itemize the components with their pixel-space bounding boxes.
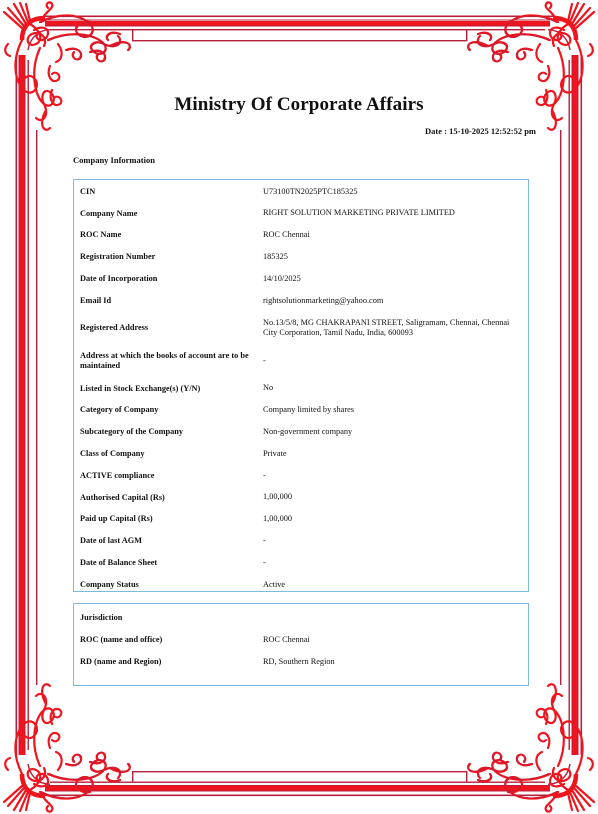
field-label: Authorised Capital (Rs) bbox=[74, 487, 257, 509]
corner-ornament-bottom-left bbox=[4, 684, 131, 811]
table-row: Date of Balance Sheet- bbox=[74, 552, 528, 574]
field-label: ROC Name bbox=[74, 225, 257, 247]
field-label: Email Id bbox=[74, 290, 257, 312]
table-row: Listed in Stock Exchange(s) (Y/N)No bbox=[74, 378, 528, 400]
table-row: Class of CompanyPrivate bbox=[74, 443, 528, 465]
table-row: Email Idrightsolutionmarketing@yahoo.com bbox=[74, 290, 528, 312]
field-label: Listed in Stock Exchange(s) (Y/N) bbox=[74, 378, 257, 400]
table-row: Authorised Capital (Rs)1,00,000 bbox=[74, 487, 528, 509]
field-value: Active bbox=[257, 574, 528, 596]
field-label: RD (name and Region) bbox=[74, 651, 257, 673]
field-label: Company Name bbox=[74, 203, 257, 225]
field-value: Company limited by shares bbox=[257, 400, 528, 422]
field-value: - bbox=[257, 345, 528, 378]
field-value: Non-government company bbox=[257, 421, 528, 443]
company-information-table: CINU73100TN2025PTC185325 Company NameRIG… bbox=[74, 181, 528, 596]
field-label: Paid up Capital (Rs) bbox=[74, 509, 257, 531]
field-label: Address at which the books of account ar… bbox=[74, 345, 257, 378]
table-row: Registration Number185325 bbox=[74, 246, 528, 268]
jurisdiction-heading: Jurisdiction bbox=[74, 607, 528, 629]
table-row: Company StatusActive bbox=[74, 574, 528, 596]
field-label: Subcategory of the Company bbox=[74, 421, 257, 443]
field-value: rightsolutionmarketing@yahoo.com bbox=[257, 290, 528, 312]
table-row: Date of last AGM- bbox=[74, 530, 528, 552]
table-row: Registered AddressNo.13/5/8, MG CHAKRAPA… bbox=[74, 312, 528, 345]
field-label: Date of Incorporation bbox=[74, 268, 257, 290]
field-label: Company Status bbox=[74, 574, 257, 596]
table-row: Paid up Capital (Rs)1,00,000 bbox=[74, 509, 528, 531]
jurisdiction-panel: Jurisdiction ROC (name and office)ROC Ch… bbox=[73, 603, 529, 686]
table-row: Company NameRIGHT SOLUTION MARKETING PRI… bbox=[74, 203, 528, 225]
field-value: RD, Southern Region bbox=[257, 651, 528, 673]
field-value: ROC Chennai bbox=[257, 225, 528, 247]
table-row: CINU73100TN2025PTC185325 bbox=[74, 181, 528, 203]
field-value: 1,00,000 bbox=[257, 487, 528, 509]
field-label: CIN bbox=[74, 181, 257, 203]
table-row: Subcategory of the CompanyNon-government… bbox=[74, 421, 528, 443]
field-value: No.13/5/8, MG CHAKRAPANI STREET, Saligra… bbox=[257, 312, 528, 345]
field-value: - bbox=[257, 465, 528, 487]
field-value: No bbox=[257, 378, 528, 400]
section-heading-company-information: Company Information bbox=[73, 155, 155, 165]
table-row: Address at which the books of account ar… bbox=[74, 345, 528, 378]
field-value: - bbox=[257, 530, 528, 552]
field-value: ROC Chennai bbox=[257, 629, 528, 651]
table-heading-row: Jurisdiction bbox=[74, 607, 528, 629]
table-row: ACTIVE compliance- bbox=[74, 465, 528, 487]
field-label: ROC (name and office) bbox=[74, 629, 257, 651]
field-value: - bbox=[257, 552, 528, 574]
jurisdiction-table: Jurisdiction ROC (name and office)ROC Ch… bbox=[74, 607, 528, 673]
table-row: ROC (name and office)ROC Chennai bbox=[74, 629, 528, 651]
field-label: Category of Company bbox=[74, 400, 257, 422]
field-label: Registered Address bbox=[74, 312, 257, 345]
table-row: Date of Incorporation14/10/2025 bbox=[74, 268, 528, 290]
table-row: Category of CompanyCompany limited by sh… bbox=[74, 400, 528, 422]
field-label: ACTIVE compliance bbox=[74, 465, 257, 487]
company-information-panel: CINU73100TN2025PTC185325 Company NameRIG… bbox=[73, 179, 529, 592]
table-row: RD (name and Region)RD, Southern Region bbox=[74, 651, 528, 673]
field-value: 14/10/2025 bbox=[257, 268, 528, 290]
corner-ornament-bottom-right bbox=[467, 684, 594, 811]
table-row: ROC NameROC Chennai bbox=[74, 225, 528, 247]
field-value: U73100TN2025PTC185325 bbox=[257, 181, 528, 203]
field-label: Date of last AGM bbox=[74, 530, 257, 552]
field-value: 1,00,000 bbox=[257, 509, 528, 531]
field-label: Class of Company bbox=[74, 443, 257, 465]
field-value: 185325 bbox=[257, 246, 528, 268]
field-label: Registration Number bbox=[74, 246, 257, 268]
field-label: Date of Balance Sheet bbox=[74, 552, 257, 574]
report-date: Date : 15-10-2025 12:52:52 pm bbox=[425, 126, 536, 136]
page-title: Ministry Of Corporate Affairs bbox=[0, 94, 598, 116]
field-value: Private bbox=[257, 443, 528, 465]
field-value: RIGHT SOLUTION MARKETING PRIVATE LIMITED bbox=[257, 203, 528, 225]
